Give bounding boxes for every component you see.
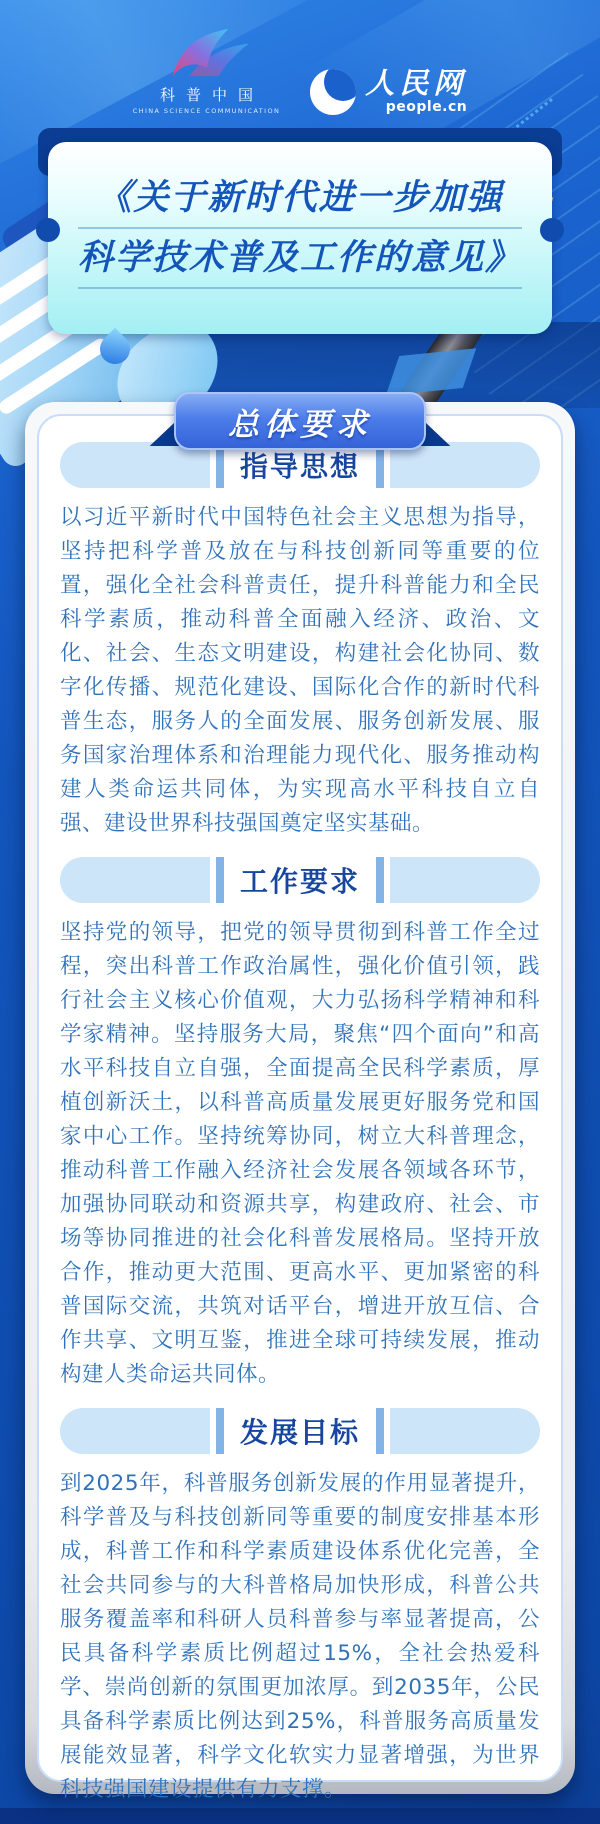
header-bar-left xyxy=(216,857,224,903)
title-divider xyxy=(78,227,522,229)
ribbon-label: 总体要求 xyxy=(228,399,372,444)
document-title-line2: 科学技术普及工作的意见》 xyxy=(78,238,522,278)
people-logo-en-label: people.cn xyxy=(386,99,468,115)
title-divider xyxy=(78,287,522,289)
title-banner: 《关于新时代进一步加强 科学技术普及工作的意见》 xyxy=(48,142,552,334)
kepu-logo-en-label: CHINA SCIENCE COMMUNICATION xyxy=(133,107,281,115)
header-logos: 科普中国 CHINA SCIENCE COMMUNICATION 人民网 peo… xyxy=(0,28,600,115)
header-bar-left xyxy=(216,1408,224,1454)
content-card-inner: 指导思想 以习近平新时代中国特色社会主义思想为指导，坚持把科学普及放在与科技创新… xyxy=(37,414,563,1782)
header-bar-right xyxy=(376,1408,384,1454)
title-card-notch-left xyxy=(36,218,60,242)
section-title: 发展目标 xyxy=(240,1411,360,1451)
people-cn-logo: 人民网 people.cn xyxy=(310,69,467,115)
section-body-guiding-ideology: 以习近平新时代中国特色社会主义思想为指导，坚持把科学普及放在与科技创新同等重要的… xyxy=(60,501,540,841)
header-pill-right xyxy=(390,857,540,903)
content-card: 指导思想 以习近平新时代中国特色社会主义思想为指导，坚持把科学普及放在与科技创新… xyxy=(25,402,575,1794)
title-card-notch-right xyxy=(540,218,564,242)
people-logo-cn-label: 人民网 xyxy=(365,69,467,98)
people-crescent-icon xyxy=(310,69,356,115)
section-ribbon: 总体要求 xyxy=(0,390,600,454)
section-header-development-goals: 发展目标 xyxy=(60,1408,540,1454)
kepu-china-logo: 科普中国 CHINA SCIENCE COMMUNICATION xyxy=(133,28,281,115)
header-pill-right xyxy=(390,1408,540,1454)
ribbon-pill: 总体要求 xyxy=(174,392,426,450)
header-pill-left xyxy=(60,857,210,903)
poster-background: 科普中国 CHINA SCIENCE COMMUNICATION 人民网 peo… xyxy=(0,0,600,1824)
kepu-logo-cn-label: 科普中国 xyxy=(149,84,264,105)
header-pill-left xyxy=(60,1408,210,1454)
document-title-line1: 《关于新时代进一步加强 xyxy=(96,178,503,218)
section-header-work-requirements: 工作要求 xyxy=(60,857,540,903)
water-drop-icon xyxy=(100,334,136,370)
section-body-work-requirements: 坚持党的领导，把党的领导贯彻到科普工作全过程，突出科普工作政治属性，强化价值引领… xyxy=(60,916,540,1392)
bottom-navy-strip xyxy=(0,1808,600,1824)
section-body-development-goals: 到2025年，科普服务创新发展的作用显著提升，科学普及与科技创新同等重要的制度安… xyxy=(60,1467,540,1807)
kepu-swoosh-icon xyxy=(158,28,254,82)
header-bar-right xyxy=(376,857,384,903)
section-title: 工作要求 xyxy=(240,860,360,900)
